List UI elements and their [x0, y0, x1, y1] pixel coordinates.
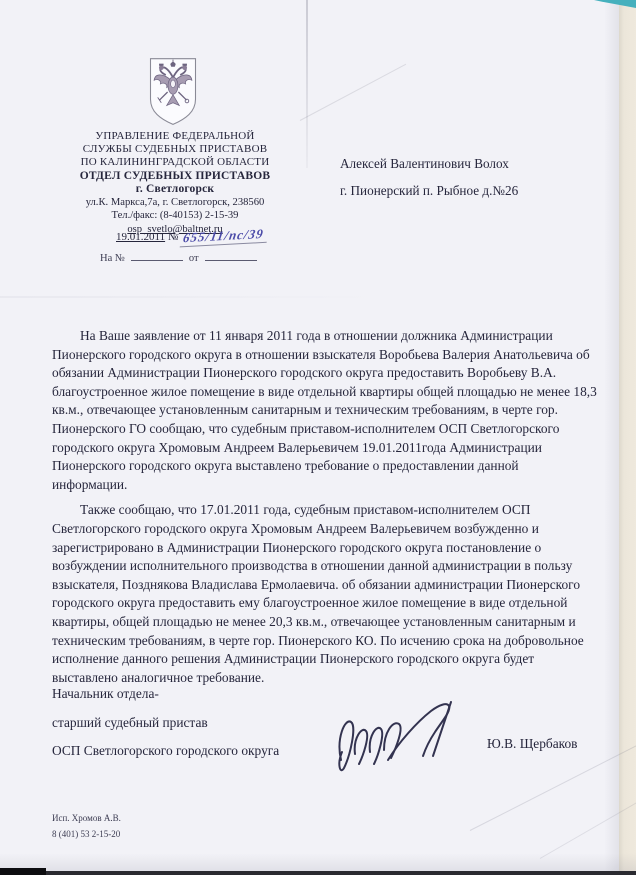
reply-ot-label: от — [189, 253, 199, 264]
fold-crease — [0, 296, 636, 298]
signer-position-block: Начальник отдела- старший судебный прист… — [52, 680, 279, 766]
handwritten-ref-number: 655/11/пс/39 — [180, 226, 269, 248]
signer-position-line2: старший судебный пристав — [52, 709, 279, 738]
executor-block: Исп. Хромов А.В. 8 (401) 53 2-15-20 — [52, 810, 121, 842]
recipient-address: г. Пионерский п. Рыбное д.№26 — [340, 177, 518, 204]
reply-na-label: На № — [100, 253, 125, 264]
body-paragraph-1: На Ваше заявление от 11 января 2011 года… — [52, 327, 597, 494]
fold-crease — [306, 0, 308, 168]
executor-phone: 8 (401) 53 2-15-20 — [52, 826, 121, 842]
executor-name: Исп. Хромов А.В. — [52, 810, 121, 826]
number-sign: № — [168, 231, 179, 243]
org-name-line1: УПРАВЛЕНИЕ ФЕДЕРАЛЬНОЙ — [58, 130, 292, 143]
letter-body: На Ваше заявление от 11 января 2011 года… — [52, 327, 597, 694]
letterhead: УПРАВЛЕНИЕ ФЕДЕРАЛЬНОЙ СЛУЖБЫ СУДЕБНЫХ П… — [58, 130, 292, 237]
signature-icon — [333, 694, 465, 782]
scanned-letter-page: УПРАВЛЕНИЕ ФЕДЕРАЛЬНОЙ СЛУЖБЫ СУДЕБНЫХ П… — [0, 0, 636, 875]
org-name-line2: СЛУЖБЫ СУДЕБНЫХ ПРИСТАВОВ — [58, 143, 292, 156]
org-name-line3: ПО КАЛИНИНГРАДСКОЙ ОБЛАСТИ — [58, 156, 292, 169]
recipient-name: Алексей Валентинович Волох — [340, 150, 518, 177]
incoming-ref-line: На №от — [100, 250, 263, 264]
signer-name: Ю.В. Щербаков — [487, 736, 577, 752]
scanner-background-strip — [619, 0, 636, 875]
blank-underline — [131, 250, 183, 261]
recipient-block: Алексей Валентинович Волох г. Пионерский… — [340, 150, 518, 204]
letter-date: 19.01.2011 — [116, 231, 165, 243]
body-paragraph-2: Также сообщаю, что 17.01.2011 года, суде… — [52, 501, 597, 687]
scan-bottom-edge — [0, 871, 636, 875]
blank-underline — [205, 250, 257, 261]
outgoing-ref-line: 19.01.2011 № 655/11/пс/39 — [116, 228, 268, 245]
paper-edge-shadow — [604, 0, 619, 875]
fold-crease — [300, 64, 406, 121]
scan-bottom-left-mark — [0, 868, 46, 875]
scan-bottom-shadow — [0, 853, 636, 871]
letterhead-address: ул.К. Маркса,7а, г. Светлогорск, 238560 — [58, 196, 292, 209]
signer-position-line1: Начальник отдела- — [52, 680, 279, 709]
dept-name: ОТДЕЛ СУДЕБНЫХ ПРИСТАВОВ — [58, 170, 292, 183]
coat-of-arms-icon — [146, 56, 200, 128]
dept-city: г. Светлогорск — [58, 183, 292, 196]
letterhead-phone: Тел./факс: (8-40153) 2-15-39 — [58, 209, 292, 222]
signer-position-line3: ОСП Светлогорского городского округа — [52, 737, 279, 766]
